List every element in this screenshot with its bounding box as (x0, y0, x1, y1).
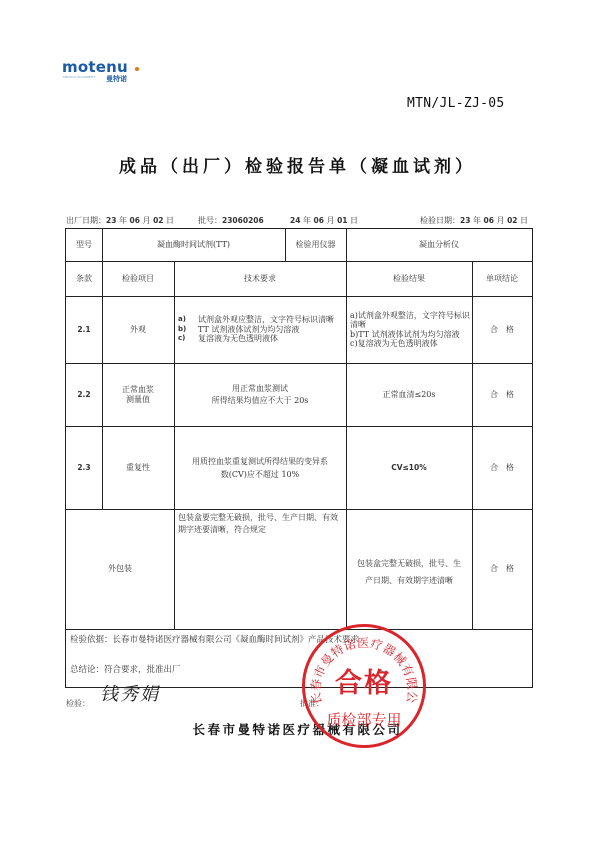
inspection-table: 型号 凝血酶时间试剂(TT) 检验用仪器 凝血分析仪 条款 检验项目 技术要求 … (65, 228, 533, 688)
requirement-item: a)试剂盒外观应整洁，文字符号标识清晰 (178, 315, 334, 325)
inspector-signature: 钱秀娟 (100, 680, 160, 706)
day-unit: 日 (350, 216, 358, 225)
logo-chinese-name: 曼特诺 (106, 74, 127, 84)
ship-date-day: 02 (153, 216, 163, 225)
clause-2-3: 2.3 (66, 426, 102, 509)
inspector-label: 检验： (66, 698, 90, 709)
item-appearance: 外观 (102, 296, 174, 363)
requirement-line: 所得结果均值应不大于 20s (212, 395, 309, 407)
expiry-date-month: 06 (314, 216, 324, 225)
result-line: 产日期、有效期字迹清晰 (365, 572, 453, 589)
clause-2-1: 2.1 (66, 296, 102, 363)
summary-text: 符合要求，批准出厂 (104, 665, 181, 675)
approver-label: 批准： (300, 698, 324, 709)
company-logo: motenu MEDICAL EQUIPMENT 曼特诺 (62, 58, 142, 84)
divider (66, 629, 532, 630)
conclusion-outer-packaging: 合格 (472, 509, 532, 629)
requirement-text: 复溶液为无色透明液体 (198, 334, 278, 344)
requirement-text: 试剂盒外观应整洁，文字符号标识清晰 (198, 315, 334, 325)
requirement-key: a) (178, 315, 198, 325)
logo-dot-icon (135, 67, 139, 71)
item-normal-plasma: 正常血浆 测量值 (102, 363, 174, 426)
batch-label: 批号： (198, 216, 222, 225)
result-repeatability: CV≤10% (346, 426, 472, 509)
ship-date-label: 出厂日期： (66, 216, 106, 225)
column-header-result: 检验结果 (346, 261, 472, 296)
column-header-requirements: 技术要求 (174, 261, 346, 296)
year-unit: 年 (303, 216, 311, 225)
requirements-list: a)试剂盒外观应整洁，文字符号标识清晰 b)TT 试剂液体试剂为均匀溶液 c)复… (178, 315, 334, 344)
summary-label: 总结论： (70, 665, 104, 675)
clause-2-2: 2.2 (66, 363, 102, 426)
approver-signature: ~ (376, 664, 388, 680)
logo-subtext: MEDICAL EQUIPMENT (63, 75, 95, 79)
requirement-line: 用正常血浆测试 (232, 383, 288, 395)
inspection-date-month: 06 (484, 216, 494, 225)
requirement-item: c)复溶液为无色透明液体 (178, 334, 334, 344)
requirements-repeatability: 用质控血浆重复测试所得结果的变异系 数(CV)应不超过 10% (174, 426, 346, 509)
result-item: b)TT 试剂液体试剂为均匀溶液 (350, 330, 470, 340)
ship-date-month: 06 (130, 216, 140, 225)
model-label: 型号 (66, 229, 102, 261)
model-value: 凝血酶时间试剂(TT) (102, 229, 285, 261)
conclusion-2-1: 合格 (472, 296, 532, 363)
inspection-basis: 检验依据：长春市曼特诺医疗器械有限公司《凝血酶时间试剂》产品技术要求 (70, 633, 359, 645)
batch-number: 批号：23060206 (198, 215, 264, 226)
requirement-line: 用质控血浆重复测试所得结果的变异系 (192, 455, 328, 468)
result-item: c)复溶液为无色透明液体 (350, 339, 470, 349)
month-unit: 月 (497, 216, 505, 225)
inspection-date-year: 23 (460, 216, 470, 225)
expiry-date: 24 年 06 月 01 日 (290, 215, 358, 226)
inspection-date-label: 检验日期： (420, 216, 460, 225)
day-unit: 日 (166, 216, 174, 225)
result-appearance: a)试剂盒外观整洁，文字符号标识清晰 b)TT 试剂液体试剂为均匀溶液 c)复溶… (350, 296, 470, 363)
result-line: 包装盒完整无破损，批号、生 (357, 555, 461, 572)
expiry-date-year: 24 (290, 216, 300, 225)
requirement-item: b)TT 试剂液体试剂为均匀溶液 (178, 325, 334, 335)
month-unit: 月 (143, 216, 151, 225)
expiry-date-day: 01 (337, 216, 347, 225)
conclusion-2-2: 合格 (472, 363, 532, 426)
batch-value: 23060206 (222, 216, 264, 225)
instrument-label: 检验用仪器 (285, 229, 346, 261)
year-unit: 年 (119, 216, 127, 225)
requirement-text: TT 试剂液体试剂为均匀溶液 (198, 325, 299, 335)
requirements-normal-plasma: 用正常血浆测试 所得结果均值应不大于 20s (174, 363, 346, 426)
page-title: 成品（出厂）检验报告单（凝血试剂） (0, 152, 595, 177)
document-code: MTN/JL-ZJ-05 (407, 96, 505, 111)
month-unit: 月 (327, 216, 335, 225)
result-outer-packaging: 包装盒完整无破损，批号、生 产日期、有效期字迹清晰 (346, 509, 472, 629)
column-header-item: 检验项目 (102, 261, 174, 296)
requirements-appearance: a)试剂盒外观应整洁，文字符号标识清晰 b)TT 试剂液体试剂为均匀溶液 c)复… (178, 296, 344, 363)
requirement-key: c) (178, 334, 198, 344)
company-name: 长春市曼特诺医疗器械有限公司 (0, 720, 595, 738)
instrument-value: 凝血分析仪 (346, 229, 532, 261)
ship-date: 出厂日期：23 年 06 月 02 日 (66, 215, 174, 226)
result-item: a)试剂盒外观整洁，文字符号标识清晰 (350, 311, 470, 330)
day-unit: 日 (520, 216, 528, 225)
summary-conclusion: 总结论：符合要求，批准出厂 (70, 663, 181, 675)
results-list: a)试剂盒外观整洁，文字符号标识清晰 b)TT 试剂液体试剂为均匀溶液 c)复溶… (350, 311, 470, 349)
column-header-conclusion: 单项结论 (472, 261, 532, 296)
basis-label: 检验依据： (70, 635, 113, 645)
requirement-line: 数(CV)应不超过 10% (221, 468, 299, 481)
result-normal-plasma: 正常血清≤20s (346, 363, 472, 426)
inspection-date-day: 02 (507, 216, 517, 225)
basis-text: 长春市曼特诺医疗器械有限公司《凝血酶时间试剂》产品技术要求 (113, 635, 360, 645)
item-line: 测量值 (126, 395, 150, 405)
year-unit: 年 (473, 216, 481, 225)
requirements-outer-packaging: 包装盒要完整无破损，批号、生产日期、有效期字迹要清晰，符合规定 (178, 512, 342, 626)
requirement-key: b) (178, 325, 198, 335)
ship-date-year: 23 (106, 216, 116, 225)
inspection-date: 检验日期：23 年 06 月 02 日 (420, 215, 528, 226)
item-outer-packaging: 外包装 (66, 509, 174, 629)
conclusion-2-3: 合格 (472, 426, 532, 509)
item-line: 正常血浆 (122, 385, 154, 395)
item-repeatability: 重复性 (102, 426, 174, 509)
column-header-clause: 条款 (66, 261, 102, 296)
